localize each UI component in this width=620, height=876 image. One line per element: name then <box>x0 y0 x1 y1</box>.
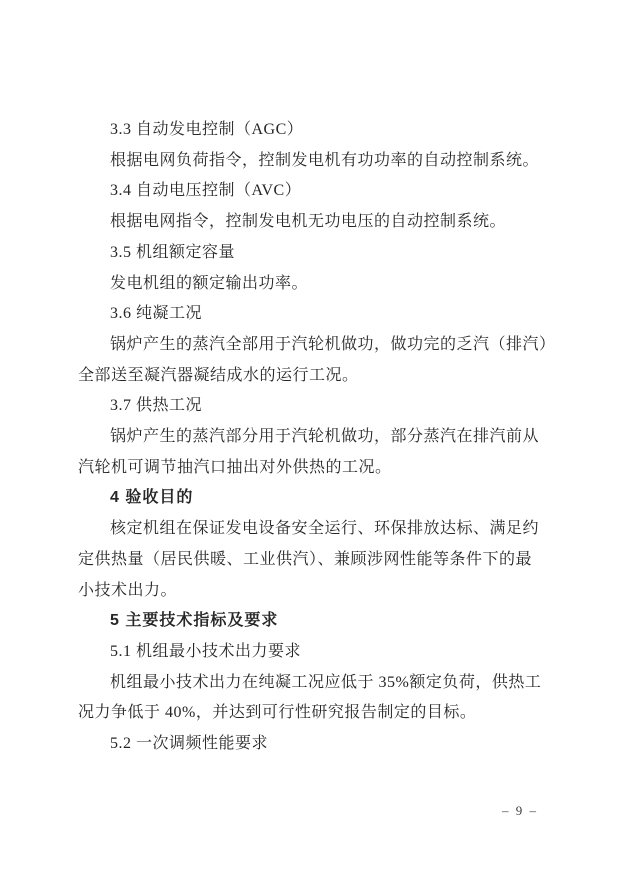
page-number: – 9 – <box>486 803 554 819</box>
paragraph-line: 全部送至凝汽器凝结成水的运行工况。 <box>78 361 552 392</box>
paragraph-line: 发电机组的额定输出功率。 <box>78 269 552 300</box>
paragraph-line: 锅炉产生的蒸汽部分用于汽轮机做功，部分蒸汽在排汽前从 <box>78 422 552 453</box>
paragraph-line: 定供热量（居民供暖、工业供汽）、兼顾涉网性能等条件下的最 <box>78 545 552 576</box>
paragraph-line: 根据电网指令，控制发电机无功电压的自动控制系统。 <box>78 207 552 238</box>
paragraph-line: 根据电网负荷指令，控制发电机有功功率的自动控制系统。 <box>78 146 552 177</box>
section-heading-3-3: 3.3 自动发电控制（AGC） <box>78 115 552 146</box>
paragraph-line: 况力争低于 40%，并达到可行性研究报告制定的目标。 <box>78 698 552 729</box>
document-page: 3.3 自动发电控制（AGC） 根据电网负荷指令，控制发电机有功功率的自动控制系… <box>0 0 620 876</box>
section-heading-3-6: 3.6 纯凝工况 <box>78 299 552 330</box>
chapter-heading-4: 4 验收目的 <box>78 483 552 514</box>
paragraph-line: 机组最小技术出力在纯凝工况应低于 35%额定负荷，供热工 <box>78 668 552 699</box>
section-heading-5-1: 5.1 机组最小技术出力要求 <box>78 637 552 668</box>
paragraph-line: 小技术出力。 <box>78 576 552 607</box>
document-text-block: 3.3 自动发电控制（AGC） 根据电网负荷指令，控制发电机有功功率的自动控制系… <box>78 115 552 760</box>
chapter-heading-5: 5 主要技术指标及要求 <box>78 606 552 637</box>
paragraph-line: 汽轮机可调节抽汽口抽出对外供热的工况。 <box>78 453 552 484</box>
section-heading-3-4: 3.4 自动电压控制（AVC） <box>78 176 552 207</box>
section-heading-3-7: 3.7 供热工况 <box>78 391 552 422</box>
section-heading-3-5: 3.5 机组额定容量 <box>78 238 552 269</box>
section-heading-5-2: 5.2 一次调频性能要求 <box>78 729 552 760</box>
paragraph-line: 核定机组在保证发电设备安全运行、环保排放达标、满足约 <box>78 514 552 545</box>
paragraph-line: 锅炉产生的蒸汽全部用于汽轮机做功，做功完的乏汽（排汽） <box>78 330 552 361</box>
